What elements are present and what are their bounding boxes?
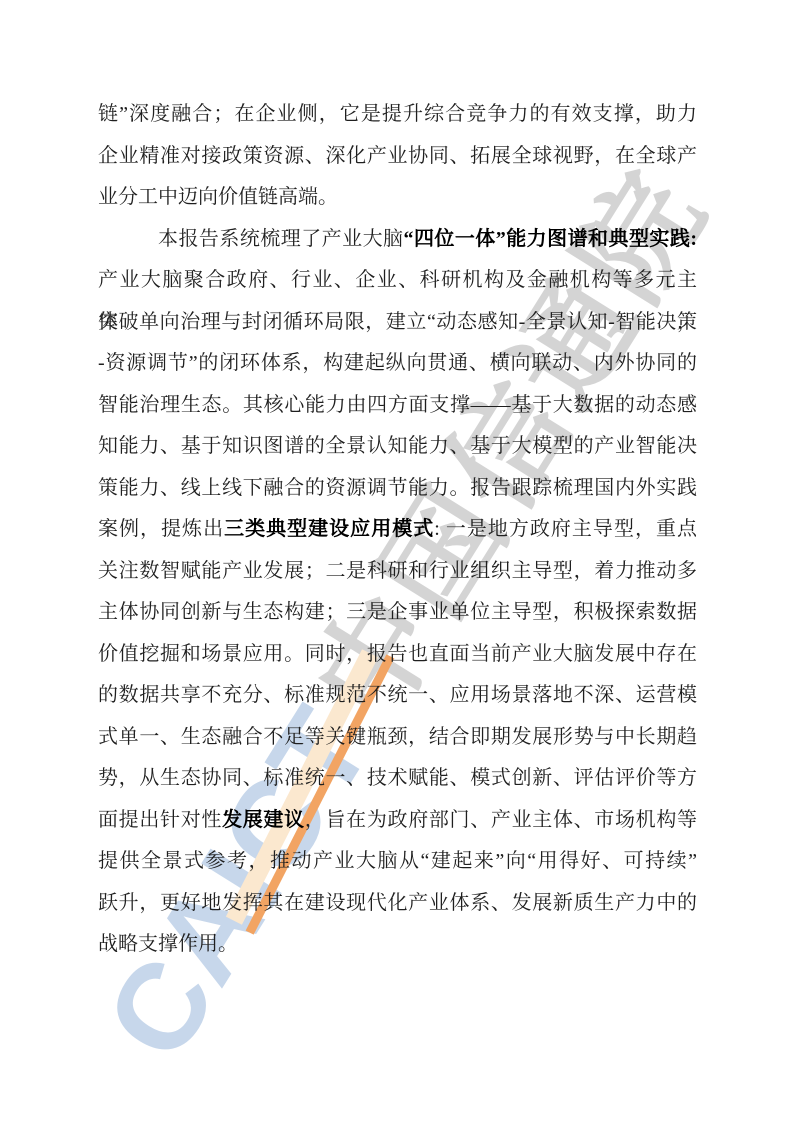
text-segment: 的数据共享不充分、标准规范不统一、应用场景落地不深、运营模 [98,684,697,706]
page-text: 链”深度融合；在企业侧，它是提升综合竞争力的有效支撑，助力企业精准对接政策资源、… [98,94,697,966]
text-line: 案例，提炼出三类典型建设应用模式: 一是地方政府主导型，重点 [98,509,697,551]
text-line: 企业精准对接政策资源、深化产业协同、拓展全球视野，在全球产 [98,136,697,178]
text-segment: 本报告系统梳理了产业大脑 [158,228,403,250]
text-line: 主体协同创新与生态构建；三是企事业单位主导型，积极探索数据 [98,592,697,634]
text-segment: 势，从生态协同、标准统一、技术赋能、模式创新、评估评价等方 [98,767,697,789]
bold-text-segment: 发展建议 [222,809,305,831]
text-segment: : 一是地方政府主导型，重点 [434,518,697,540]
text-line: 关注数智赋能产业发展；二是科研和行业组织主导型，着力推动多 [98,551,697,593]
text-segment: 知能力、基于知识图谱的全景认知能力、基于大模型的产业智能决 [98,435,697,457]
text-line: 面提出针对性发展建议，旨在为政府部门、产业主体、市场机构等 [98,800,697,842]
text-line: 突破单向治理与封闭循环局限，建立“动态感知-全景认知-智能决策 [98,302,697,344]
text-line: 跃升，更好地发挥其在建设现代化产业体系、发展新质生产力中的 [98,883,697,925]
document-page: CAICT 中国信通院 链”深度融合；在企业侧，它是提升综合竞争力的有效支撑，助… [0,0,794,1123]
text-line: 业分工中迈向价值链高端。 [98,177,697,219]
text-segment: 策能力、线上线下融合的资源调节能力。报告跟踪梳理国内外实践 [98,477,697,499]
text-segment: 式单一、生态融合不足等关键瓶颈，结合即期发展形势与中长期趋 [98,726,697,748]
text-segment: 业分工中迈向价值链高端。 [98,186,338,208]
text-line: 策能力、线上线下融合的资源调节能力。报告跟踪梳理国内外实践 [98,468,697,510]
text-line: 提供全景式参考，推动产业大脑从“建起来”向“用得好、可持续” [98,841,697,883]
text-line: 智能治理生态。其核心能力由四方面支撑——基于大数据的动态感 [98,385,697,427]
text-segment: 突破单向治理与封闭循环局限，建立“动态感知-全景认知-智能决策 [98,311,697,333]
text-line: 产业大脑聚合政府、行业、企业、科研机构及金融机构等多元主体， [98,260,697,302]
text-segment: 战略支撑作用。 [98,933,238,955]
text-line: 知能力、基于知识图谱的全景认知能力、基于大模型的产业智能决 [98,426,697,468]
text-segment: 案例，提炼出 [98,518,224,540]
text-line: 的数据共享不充分、标准规范不统一、应用场景落地不深、运营模 [98,675,697,717]
text-line: 势，从生态协同、标准统一、技术赋能、模式创新、评估评价等方 [98,758,697,800]
text-segment: 价值挖掘和场景应用。同时，报告也直面当前产业大脑发展中存在 [98,643,697,665]
text-line: 本报告系统梳理了产业大脑“四位一体”能力图谱和典型实践: [98,219,697,261]
text-segment: -资源调节”的闭环体系，构建起纵向贯通、横向联动、内外协同的 [98,352,697,374]
bold-text-segment: “四位一体”能力图谱和典型实践: [403,228,697,250]
text-segment: 提供全景式参考，推动产业大脑从“建起来”向“用得好、可持续” [98,850,697,872]
bold-text-segment: 三类典型建设应用模式 [224,518,434,540]
text-segment: 企业精准对接政策资源、深化产业协同、拓展全球视野，在全球产 [98,145,697,167]
text-segment: 关注数智赋能产业发展；二是科研和行业组织主导型，着力推动多 [98,560,697,582]
text-line: 价值挖掘和场景应用。同时，报告也直面当前产业大脑发展中存在 [98,634,697,676]
text-segment: 跃升，更好地发挥其在建设现代化产业体系、发展新质生产力中的 [98,892,697,914]
text-line: 战略支撑作用。 [98,924,697,966]
text-segment: 链”深度融合；在企业侧，它是提升综合竞争力的有效支撑，助力 [98,103,697,125]
text-line: 链”深度融合；在企业侧，它是提升综合竞争力的有效支撑，助力 [98,94,697,136]
text-segment: ，旨在为政府部门、产业主体、市场机构等 [305,809,697,831]
text-line: 式单一、生态融合不足等关键瓶颈，结合即期发展形势与中长期趋 [98,717,697,759]
text-line: -资源调节”的闭环体系，构建起纵向贯通、横向联动、内外协同的 [98,343,697,385]
text-segment: 面提出针对性 [98,809,222,831]
text-segment: 智能治理生态。其核心能力由四方面支撑——基于大数据的动态感 [98,394,697,416]
text-segment: 主体协同创新与生态构建；三是企事业单位主导型，积极探索数据 [98,601,697,623]
